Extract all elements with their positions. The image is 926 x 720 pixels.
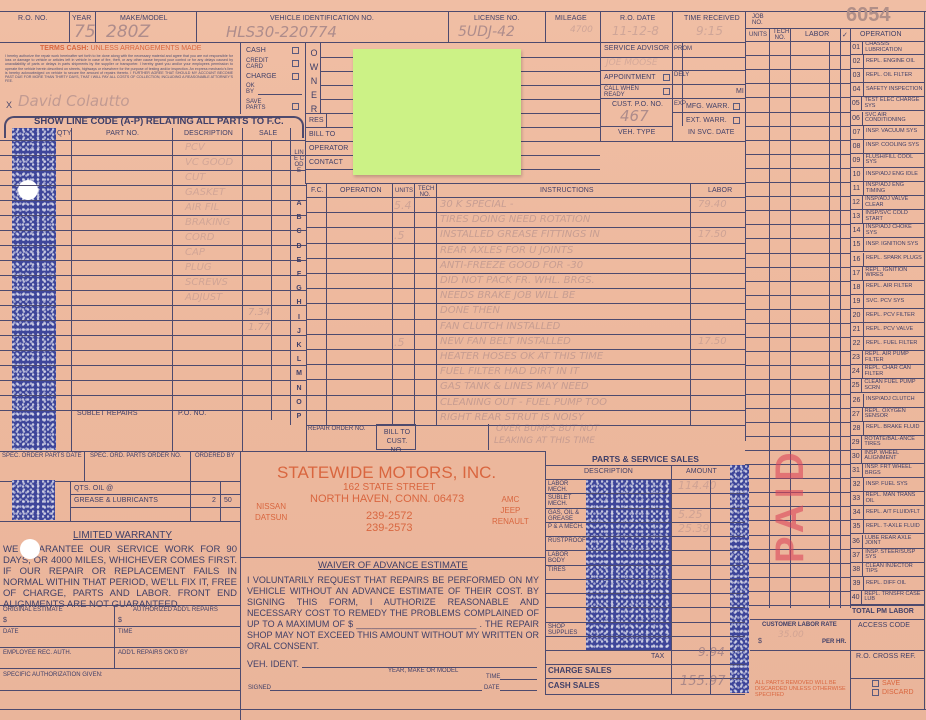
pm-operation-row[interactable]: 16REPL. SPARK PLUGS <box>850 253 924 267</box>
addl-ok-by-label: ADD'L REPAIRS OK'D BY <box>118 650 188 656</box>
operation-name: ROTATE/BAL-ANCE TIRES <box>862 437 924 448</box>
operation-name: INSP. VACUUM SYS <box>864 129 917 135</box>
pm-operation-row[interactable]: 21REPL. PCV VALVE <box>850 323 924 337</box>
paid-stamp: PAID <box>768 430 808 580</box>
repair-order-no-label: REPAIR ORDER NO. <box>308 426 366 432</box>
line-code-o: O <box>292 399 306 406</box>
instruction-line[interactable]: CLEANING OUT - FUEL PUMP TOO <box>440 397 607 408</box>
instruction-line[interactable]: 30 K SPECIAL - <box>440 199 513 210</box>
labor-rate-dollar: $ <box>758 638 762 645</box>
signature-mark: X <box>6 100 12 110</box>
part-description[interactable]: CUT <box>185 172 205 183</box>
license-label: LICENSE NO. <box>474 15 519 22</box>
credit-card-checkbox[interactable] <box>292 60 299 67</box>
time-received-value[interactable]: 9:15 <box>696 24 723 38</box>
instruction-line[interactable]: DID NOT PACK FR. WHL. BRGS. <box>440 275 595 286</box>
operation-number: 20 <box>850 309 864 322</box>
sticky-note <box>353 49 521 175</box>
instruction-line[interactable]: FAN CLUTCH INSTALLED <box>440 321 560 332</box>
ok-by-label: OK BY <box>246 83 258 95</box>
operation-number: 36 <box>850 535 863 548</box>
prom-label: PROM <box>674 46 681 52</box>
instruction-line[interactable]: FUEL FILTER HAD DIRT IN IT <box>440 366 579 377</box>
customer-signature[interactable]: David Colautto <box>18 92 130 110</box>
operation-name: REPL. OIL FILTER <box>864 73 912 79</box>
sales-row-label: SUBLET MECH. <box>548 495 586 507</box>
part-description[interactable]: SCREWS <box>185 277 228 288</box>
instruction-overflow-2: LEAKING AT THIS TIME <box>494 436 595 446</box>
operation-name: INSP/SVC COLD START <box>863 211 924 222</box>
instruction-line[interactable]: RIGHT REAR STRUT IS NOISY <box>440 412 584 423</box>
ro-date-value[interactable]: 11-12-8 <box>612 24 659 38</box>
operation-name: INSP/ADJ CHOKE SYS <box>864 225 924 236</box>
pm-operation-row[interactable]: 11INSP/ADJ ENG TIMING <box>850 182 924 196</box>
operation-name: INSP/ADJ CLUTCH <box>864 397 915 403</box>
save-parts-footer-checkbox[interactable] <box>872 680 879 687</box>
pm-operation-row[interactable]: 06SVC AIR CONDITIONING <box>850 112 924 126</box>
pm-operation-row[interactable]: 28REPL. BRAKE FLUID <box>850 422 924 436</box>
operation-number: 08 <box>850 140 864 153</box>
sales-row-amount[interactable]: 5.25 <box>678 508 703 521</box>
part-description[interactable]: ADJUST <box>185 292 222 303</box>
terms-title: TERMS CASH: UNLESS ARRANGEMENTS MADE <box>40 45 201 52</box>
customer-labor-rate-label: CUSTOMER LABOR RATE <box>762 622 837 628</box>
mi-label: MI <box>736 88 744 95</box>
part-description[interactable]: VC GOOD <box>185 157 233 168</box>
veh-ident-label: VEH. IDENT. <box>247 659 299 669</box>
operation-number: 19 <box>850 295 864 308</box>
instruction-line[interactable]: ANTI-FREEZE GOOD FOR -30 <box>440 260 583 271</box>
mileage-value[interactable]: 4700 <box>570 25 593 35</box>
charge-checkbox[interactable] <box>292 73 299 80</box>
ro-date-label: R.O. DATE <box>620 15 655 22</box>
operation-number: 30 <box>850 450 862 463</box>
exp-label: EXP <box>674 101 681 107</box>
operation-name: SVC AIR CONDITIONING <box>863 113 924 124</box>
operation-name: REPL. BRAKE FLUID <box>864 425 920 431</box>
line-code-k: K <box>292 342 306 349</box>
operation-name: CLEAN INJECTOR TIPS <box>863 564 924 575</box>
line-code-b: B <box>292 214 306 221</box>
operation-number: 31 <box>850 464 863 477</box>
dealer-street: 162 STATE STREET <box>343 482 435 493</box>
charge-sales-label: CHARGE SALES <box>548 666 612 675</box>
pm-operation-row[interactable]: 17REPL. IGNITION WIRES <box>850 267 924 281</box>
appointment-label: APPOINTMENT <box>604 74 656 81</box>
estimate-dollar: $ <box>3 617 7 624</box>
time-received-label: TIME RECEIVED <box>684 15 740 22</box>
cash-label: CASH <box>246 47 266 54</box>
pm-operation-row[interactable]: 31INSP. FRT WHEEL BRGS <box>850 464 924 478</box>
operation-name: FLUSH/FILL COOL SYS <box>864 155 924 166</box>
line-code-f: F <box>292 271 306 278</box>
line-code-j: J <box>292 328 306 335</box>
waiver-title: WAIVER OF ADVANCE ESTIMATE <box>318 560 468 571</box>
appointment-checkbox[interactable] <box>663 74 670 81</box>
sales-row-label: GAS, OIL & GREASE <box>548 510 586 522</box>
ordered-by-label: ORDERED BY <box>195 453 235 459</box>
carbon-mask-left <box>12 128 56 450</box>
operation-name: REPL. DIFF OIL <box>864 581 906 587</box>
dealer-phone-1: 239-2572 <box>366 510 413 522</box>
instruction-line[interactable]: NEW FAN BELT INSTALLED <box>440 336 571 347</box>
form-number: 6054 <box>846 4 891 27</box>
line-code-p: P <box>292 413 306 420</box>
tax-label: TAX <box>651 653 664 660</box>
operation-number: 25 <box>850 379 862 392</box>
operation-name: INSP/ADJ ENG TIMING <box>864 183 924 194</box>
pm-operation-row[interactable]: 23REPL. AIR PUMP FILTER <box>850 351 924 365</box>
part-description[interactable]: BRAKING <box>185 217 230 228</box>
bill-to-label: BILL TO <box>309 131 335 138</box>
pm-operation-row[interactable]: 25CLEAN FUEL PUMP SCRN <box>850 379 924 393</box>
instruction-labor[interactable]: 17.50 <box>698 229 727 240</box>
line-code-l: L <box>292 356 306 363</box>
operation-number: 33 <box>850 492 864 505</box>
part-sale[interactable]: 1.77 <box>248 322 270 333</box>
operation-number: 29 <box>850 436 862 449</box>
operation-number: 27 <box>850 408 863 421</box>
operation-number: 03 <box>850 69 864 82</box>
pm-operation-row[interactable]: 32INSP. FUEL SYS <box>850 478 924 492</box>
charge-label: CHARGE <box>246 73 277 80</box>
grease-dollars: 2 <box>212 497 216 504</box>
in-svc-date-label: IN SVC. DATE <box>688 129 735 136</box>
pm-operation-row[interactable]: 14INSP/ADJ CHOKE SYS <box>850 224 924 238</box>
operation-name: REPL. AIR FILTER <box>864 284 912 290</box>
operation-number: 40 <box>850 591 862 604</box>
pm-operation-row[interactable]: 30INSP. WHEEL ALIGNMENT <box>850 450 924 464</box>
discard-label: DISCARD <box>882 689 914 696</box>
operation-number: 14 <box>850 224 864 237</box>
save-parts-checkbox[interactable] <box>292 103 299 110</box>
operation-number: 23 <box>850 351 863 364</box>
sales-row-amount[interactable]: 25.39 <box>678 522 710 535</box>
ro-cross-ref-label: R.O. CROSS REF. <box>856 653 916 660</box>
operation-name: CHASSIS LUBRICATION <box>863 42 924 53</box>
operation-number: 12 <box>850 196 863 209</box>
pm-operation-row[interactable]: 24REPL. CHAR CAN FILTER <box>850 365 924 379</box>
total-pm-labor-label: TOTAL PM LABOR <box>852 608 914 615</box>
pm-operation-row[interactable]: 34REPL. A/T FLUID/FLT <box>850 506 924 520</box>
operation-number: 35 <box>850 520 864 533</box>
tax-value[interactable]: 9.94 <box>698 645 725 659</box>
operation-name: INSP/ADJ ENG IDLE <box>864 172 918 178</box>
spec-order-date-label: SPEC. ORDER PARTS DATE <box>2 453 82 459</box>
operation-number: 17 <box>850 267 863 280</box>
instruction-line[interactable]: TIRES DOING NEED ROTATION <box>440 214 590 225</box>
pm-operation-row[interactable]: 19SVC. PCV SYS <box>850 295 924 309</box>
pm-operation-row[interactable]: 27REPL. OXYGEN SENSOR <box>850 408 924 422</box>
owner-letters: OWNER <box>308 46 320 116</box>
date-label: DATE <box>3 629 19 635</box>
operation-number: 32 <box>850 478 864 491</box>
access-code-label: ACCESS CODE <box>858 622 910 629</box>
operation-number: 26 <box>850 394 864 407</box>
pm-operation-row[interactable]: 04SAFETY INSPECTION <box>850 83 924 97</box>
specific-auth-label: SPECIFIC AUTHORIZATION GIVEN: <box>3 672 103 678</box>
carbon-mask-oil <box>12 480 55 520</box>
instruction-line[interactable]: NEEDS BRAKE JOB WILL BE <box>440 290 575 301</box>
pm-operation-row[interactable]: 07INSP. VACUUM SYS <box>850 126 924 140</box>
pm-operation-row[interactable]: 22REPL. FUEL FILTER <box>850 337 924 351</box>
sales-row-label: RUSTPROOF <box>548 538 586 544</box>
description-label: DESCRIPTION <box>184 130 233 137</box>
operation-name: INSP/ADJ VALVE CLEAR <box>863 197 924 208</box>
line-code-c: C <box>292 228 306 235</box>
operation-name: REPL. IGNITION WIRES <box>863 268 924 279</box>
mfg-warr-label: MFG. WARR. <box>686 103 730 110</box>
qts-oil-label: QTS. OIL @ <box>74 485 113 492</box>
year-make-model-label: YEAR, MAKE OR MODEL <box>388 668 458 674</box>
labor-label: LABOR <box>708 187 732 194</box>
line-code-h: H <box>292 299 306 306</box>
instruction-line[interactable]: GAS TANK & LINES MAY NEED <box>440 381 589 392</box>
operation-name: REPL. A/T FLUID/FLT <box>864 510 920 516</box>
operation-number: 06 <box>850 112 863 125</box>
dealer-right-brands: AMCJEEPRENAULT <box>492 494 529 527</box>
tech-col-label: TECH NO. <box>773 29 787 41</box>
original-estimate-label: ORIGINAL ESTIMATE <box>3 607 63 613</box>
mileage-label: MILEAGE <box>555 15 587 22</box>
instruction-line[interactable]: INSTALLED GREASE FITTINGS IN <box>440 229 600 240</box>
part-description[interactable]: CORD <box>185 232 215 243</box>
part-description[interactable]: PCV <box>185 142 205 153</box>
pm-operation-row[interactable]: 12INSP/ADJ VALVE CLEAR <box>850 196 924 210</box>
signed-label: SIGNED <box>248 685 271 691</box>
labor-rate-value[interactable]: 35.00 <box>778 630 804 640</box>
instruction-line[interactable]: DONE THEN <box>440 305 500 316</box>
po-no-label: P.O. NO. <box>178 410 206 417</box>
line-code-n: N <box>292 385 306 392</box>
pm-operation-row[interactable]: 37INSP. STEER/SUSP SYS <box>850 549 924 563</box>
line-code-d: D <box>292 243 306 250</box>
instructions-label: INSTRUCTIONS <box>540 187 594 194</box>
discard-checkbox[interactable] <box>872 689 879 696</box>
addl-dollar: $ <box>118 617 122 624</box>
operation-number: 22 <box>850 337 864 350</box>
authorized-addl-label: AUTHORIZED ADD'L REPAIRS <box>133 607 218 613</box>
operator-label: OPERATOR <box>309 145 348 152</box>
save-label: SAVE <box>882 680 900 687</box>
operation-col-label: OPERATION <box>860 31 902 38</box>
year-value[interactable]: 75 <box>74 22 96 42</box>
operation-name: REPL. CHAR CAN FILTER <box>863 366 924 377</box>
operation-name: REPL. OXYGEN SENSOR <box>863 409 924 420</box>
operation-name: SVC. PCV SYS <box>864 299 904 305</box>
pm-operation-row[interactable]: 15INSP. IGNITION SYS <box>850 238 924 252</box>
cash-sales-value[interactable]: 155.97 <box>680 674 726 689</box>
sales-row-label: P & A MECH. <box>548 524 586 530</box>
operation-name: REPL. ENGINE OIL <box>864 59 915 65</box>
operation-name: TEST ELEC CHARGE SYS <box>862 98 924 109</box>
vin-value[interactable]: HLS30-220774 <box>226 23 337 41</box>
operation-name: INSP. FRT WHEEL BRGS <box>863 465 924 476</box>
discard-notice: ALL PARTS REMOVED WILL BE DISCARDED UNLE… <box>755 680 865 698</box>
dealer-phone-2: 239-2573 <box>366 522 413 534</box>
sale-label: SALE <box>259 130 277 137</box>
part-description[interactable]: AIR FIL <box>185 202 219 213</box>
employee-rec-label: EMPLOYEE REC. AUTH. <box>3 650 71 656</box>
punch-hole <box>18 180 38 200</box>
pm-operation-row[interactable]: 35REPL. T-AXLE FLUID <box>850 520 924 534</box>
ext-warr-checkbox[interactable] <box>733 117 740 124</box>
pm-operation-row[interactable]: 02REPL. ENGINE OIL <box>850 55 924 69</box>
pm-operation-row[interactable]: 39REPL. DIFF OIL <box>850 577 924 591</box>
operation-name: INSP. COOLING SYS <box>864 143 919 149</box>
mfg-warr-checkbox[interactable] <box>733 103 740 110</box>
instruction-line[interactable]: HEATER HOSES OK AT THIS TIME <box>440 351 603 362</box>
qty-label: QTY <box>57 130 72 137</box>
operation-number: 10 <box>850 168 864 181</box>
fc-label: F.C. <box>311 187 324 194</box>
instruction-labor[interactable]: 17.50 <box>698 336 727 347</box>
operation-number: 11 <box>850 182 864 195</box>
line-code-g: G <box>292 285 306 292</box>
waiver-time-label: TIME <box>486 674 500 680</box>
labor-col-label: LABOR <box>805 31 829 38</box>
operation-name: INSP. IGNITION SYS <box>864 242 918 248</box>
pm-operation-row[interactable]: 33REPL. MAN TRANS OIL <box>850 492 924 506</box>
operation-number: 07 <box>850 126 864 139</box>
operation-number: 28 <box>850 422 864 435</box>
part-description[interactable]: PLUG <box>185 262 212 273</box>
call-when-ready-label: CALL WHEN READY <box>604 86 654 98</box>
dely-label: DELY <box>674 72 681 78</box>
instruction-overflow-1: OVER BUMPS BUT NOT <box>496 424 599 434</box>
service-advisor-label: SERVICE ADVISOR <box>604 45 669 52</box>
check-col-label: ✓ <box>842 31 848 39</box>
units-label: UNITS <box>395 188 413 194</box>
pm-operation-row[interactable]: 26INSP/ADJ CLUTCH <box>850 394 924 408</box>
pm-operation-row[interactable]: 09FLUSH/FILL COOL SYS <box>850 154 924 168</box>
part-sale[interactable]: 7.34 <box>248 307 270 318</box>
sales-amount-label: AMOUNT <box>686 468 717 475</box>
operation-number: 34 <box>850 506 864 519</box>
pm-operation-row[interactable]: 10INSP/ADJ ENG IDLE <box>850 168 924 182</box>
sales-row-label: LABOR MECH. <box>548 481 586 493</box>
instruction-labor[interactable]: 79.40 <box>698 199 727 210</box>
pm-operation-row[interactable]: 38CLEAN INJECTOR TIPS <box>850 563 924 577</box>
service-advisor-value[interactable]: JOE MOOSE <box>606 58 658 68</box>
pm-operation-row[interactable]: 29ROTATE/BAL-ANCE TIRES <box>850 436 924 450</box>
pm-operation-row[interactable]: 01CHASSIS LUBRICATION <box>850 41 924 55</box>
instruction-units[interactable]: .5 <box>394 229 405 242</box>
operation-number: 02 <box>850 55 864 68</box>
pm-operation-row[interactable]: 13INSP/SVC COLD START <box>850 210 924 224</box>
grease-cents: 50 <box>224 497 232 504</box>
cash-sales-label: CASH SALES <box>548 681 600 690</box>
operation-number: 16 <box>850 253 864 266</box>
instruction-line[interactable]: REAR AXLES FOR U JOINTS <box>440 245 573 256</box>
save-parts-label: SAVE PARTS <box>246 99 274 111</box>
vin-label: VEHICLE IDENTIFICATION NO. <box>270 15 374 22</box>
call-when-ready-checkbox[interactable] <box>663 88 670 95</box>
credit-card-label: CREDIT CARD <box>246 58 276 70</box>
operation-name: REPL. MAN TRANS OIL <box>864 493 924 504</box>
terms-body: I hereby authorize the repair work herei… <box>5 54 233 83</box>
year-label: YEAR <box>72 15 91 22</box>
operation-number: 01 <box>850 41 863 54</box>
make-model-value[interactable]: 280Z <box>106 22 150 42</box>
operation-name: INSP. FUEL SYS <box>864 482 908 488</box>
operation-name: REPL. AIR PUMP FILTER <box>863 352 924 363</box>
warranty-title: LIMITED WARRANTY <box>73 530 172 541</box>
instruction-units[interactable]: .5 <box>394 336 405 349</box>
sales-row-amount[interactable]: 114.40 <box>678 479 717 492</box>
pm-operation-row[interactable]: 36LUBE REAR AXLE JOINT <box>850 535 924 549</box>
operation-number: 13 <box>850 210 863 223</box>
pm-operation-row[interactable]: 18REPL. AIR FILTER <box>850 281 924 295</box>
contact-label: CONTACT <box>309 159 343 166</box>
dealer-name: STATEWIDE MOTORS, INC. <box>277 463 496 483</box>
license-value[interactable]: 5UDJ-42 <box>458 24 515 40</box>
veh-type-label: VEH. TYPE <box>618 129 655 136</box>
operation-name: INSP. STEER/SUSP SYS <box>863 550 924 561</box>
pm-operation-row[interactable]: 20REPL. PCV FILTER <box>850 309 924 323</box>
dealer-left-brands: NISSANDATSUN <box>255 501 287 523</box>
parts-banner: SHOW LINE CODE (A-P) RELATING ALL PARTS … <box>34 116 284 127</box>
operation-number: 37 <box>850 549 863 562</box>
operation-number: 39 <box>850 577 864 590</box>
repair-order-form: R.O. NO. YEAR MAKE/MODEL VEHICLE IDENTIF… <box>0 0 926 720</box>
units-col-label: UNITS <box>749 32 767 38</box>
line-code-a: A <box>292 200 306 207</box>
sublet-label: SUBLET REPAIRS <box>77 410 138 417</box>
make-model-label: MAKE/MODEL <box>120 15 168 22</box>
operation-name: REPL. TRNSFR CASE LUB <box>862 592 924 603</box>
spec-order-no-label: SPEC. ORD. PARTS ORDER NO. <box>90 453 181 459</box>
line-code-e: E <box>292 257 306 264</box>
part-description[interactable]: GASKET <box>185 187 225 198</box>
operation-name: REPL. PCV FILTER <box>864 313 915 319</box>
operation-number: 09 <box>850 154 864 167</box>
cust-po-value[interactable]: 467 <box>620 107 649 125</box>
line-code-m: M <box>292 370 306 377</box>
sales-description-label: DESCRIPTION <box>584 468 633 475</box>
waiver-body: I VOLUNTARILY REQUEST THAT REPAIRS BE PE… <box>247 575 539 652</box>
part-description[interactable]: CAP <box>185 247 205 258</box>
pm-operation-row[interactable]: 03REPL. OIL FILTER <box>850 69 924 83</box>
pm-operation-row[interactable]: 08INSP. COOLING SYS <box>850 140 924 154</box>
ext-warr-label: EXT. WARR. <box>686 117 727 124</box>
operation-name: REPL. SPARK PLUGS <box>864 256 922 262</box>
operation-name: CLEAN FUEL PUMP SCRN <box>862 380 924 391</box>
res-label: RES <box>309 117 324 124</box>
sales-title: PARTS & SERVICE SALES <box>592 454 699 464</box>
sales-row-label: SHOP SUPPLIES <box>548 624 586 636</box>
operation-name: REPL. T-AXLE FLUID <box>864 524 920 530</box>
operation-name: LUBE REAR AXLE JOINT <box>863 536 924 547</box>
cash-checkbox[interactable] <box>292 47 299 54</box>
operation-number: 18 <box>850 281 864 294</box>
pm-operation-row[interactable]: 05TEST ELEC CHARGE SYS <box>850 97 924 111</box>
operation-number: 15 <box>850 238 864 251</box>
job-no-label: JOB NO. <box>752 14 766 26</box>
sales-row-label: LABOR BODY <box>548 552 586 564</box>
operation-number: 21 <box>850 323 864 336</box>
operation-name: REPL. PCV VALVE <box>864 327 913 333</box>
pm-operation-row[interactable]: 40REPL. TRNSFR CASE LUB <box>850 591 924 605</box>
operation-number: 05 <box>850 97 862 110</box>
punch-hole-2 <box>20 539 40 559</box>
instruction-units[interactable]: 5.4 <box>394 199 412 212</box>
per-hr-label: PER HR. <box>822 639 846 645</box>
line-code-i: I <box>292 314 306 321</box>
operation-number: 24 <box>850 365 863 378</box>
operation-name: REPL. FUEL FILTER <box>864 341 917 347</box>
grease-label: GREASE & LUBRICANTS <box>74 497 158 504</box>
